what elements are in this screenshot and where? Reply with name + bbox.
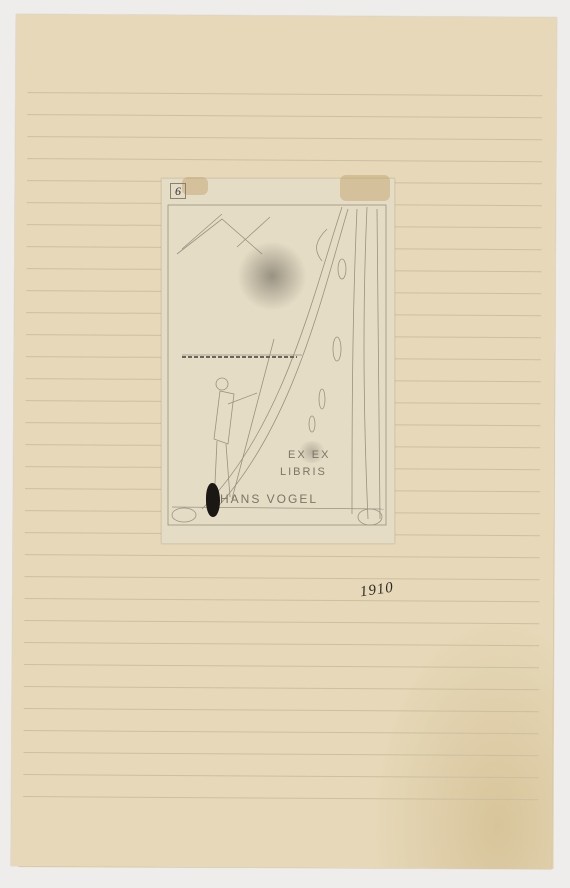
sketch-card: 6 (161, 178, 395, 544)
inscription-libris: LIBRIS (280, 466, 327, 478)
ruled-line (24, 664, 539, 668)
ruled-line (24, 730, 539, 734)
ruled-line (24, 642, 539, 646)
ruled-line (23, 796, 538, 800)
ruled-line (28, 92, 543, 96)
ruled-line (25, 576, 540, 580)
graphite-smudge (237, 241, 307, 311)
inscription-ex: EX EX (288, 449, 330, 461)
ruled-line (24, 686, 539, 690)
ruled-line (23, 774, 538, 778)
ruled-line (27, 114, 542, 118)
inscription-name: HANS VOGEL (220, 492, 318, 506)
ruled-line (23, 752, 538, 756)
ruled-line (24, 620, 539, 624)
ruled-line (24, 708, 539, 712)
ruled-line (27, 158, 542, 162)
ink-blot (206, 483, 220, 517)
pencil-sketch (162, 179, 394, 543)
ruled-line (24, 598, 539, 602)
ruled-line (27, 136, 542, 140)
ruled-line (25, 554, 540, 558)
